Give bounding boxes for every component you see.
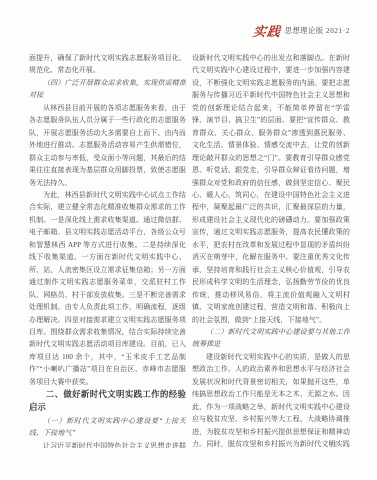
paragraph: 让习近平新时代中国特色社会主义思想走进群众，让党的创新理论和方针政策走进基层，是… <box>29 440 186 448</box>
journal-logo: 实践 <box>252 25 281 38</box>
paragraph: 从林西县目前开展的各项志愿服务来看，由于各志愿服务队伍人员分属于一些行政化的志愿… <box>29 102 186 189</box>
paragraph: （一）新时代文明实践中心建设要“上接天线、下接地气” <box>29 415 186 440</box>
paragraph: 二、做好新时代文明实践工作的经验启示 <box>29 388 186 414</box>
left-column: 面提升，确保了新时代文明实践志愿服务项目化、规范化、常态化开展。（四）广泛开展群… <box>29 52 186 448</box>
paragraph: （四）广泛开展群众需求收集，实现供需精准对接 <box>29 77 186 102</box>
right-column: 设新时代文明实践中心的出发点和落脚点。在新时代文明实践中心建设过程中，要进一步加… <box>192 52 350 450</box>
edition-label: 思想理论版 2021·2 <box>285 28 350 35</box>
paragraph: 面提升，确保了新时代文明实践志愿服务项目化、规范化、常态化开展。 <box>29 52 186 77</box>
journal-page: 实践 思想理论版 2021·2 面提升，确保了新时代文明实践志愿服务项目化、规范… <box>0 0 377 480</box>
paragraph: 建设新时代文明实践中心的实质，是做人的思想政治工作。人的政治素养和思想水平与经济… <box>192 351 350 450</box>
paragraph: （二）新时代文明实践中心建设要与其他工作统筹推进 <box>192 326 350 351</box>
page-number: 35 <box>329 441 337 449</box>
paragraph: 设新时代文明实践中心的出发点和落脚点。在新时代文明实践中心建设过程中，要进一步加… <box>192 52 350 326</box>
page-header: 实践 思想理论版 2021·2 <box>253 25 350 38</box>
paragraph: 为此，林西县新时代文明实践中心试点工作结合实际，建立健全常态化精准收集群众需求的… <box>29 189 186 388</box>
